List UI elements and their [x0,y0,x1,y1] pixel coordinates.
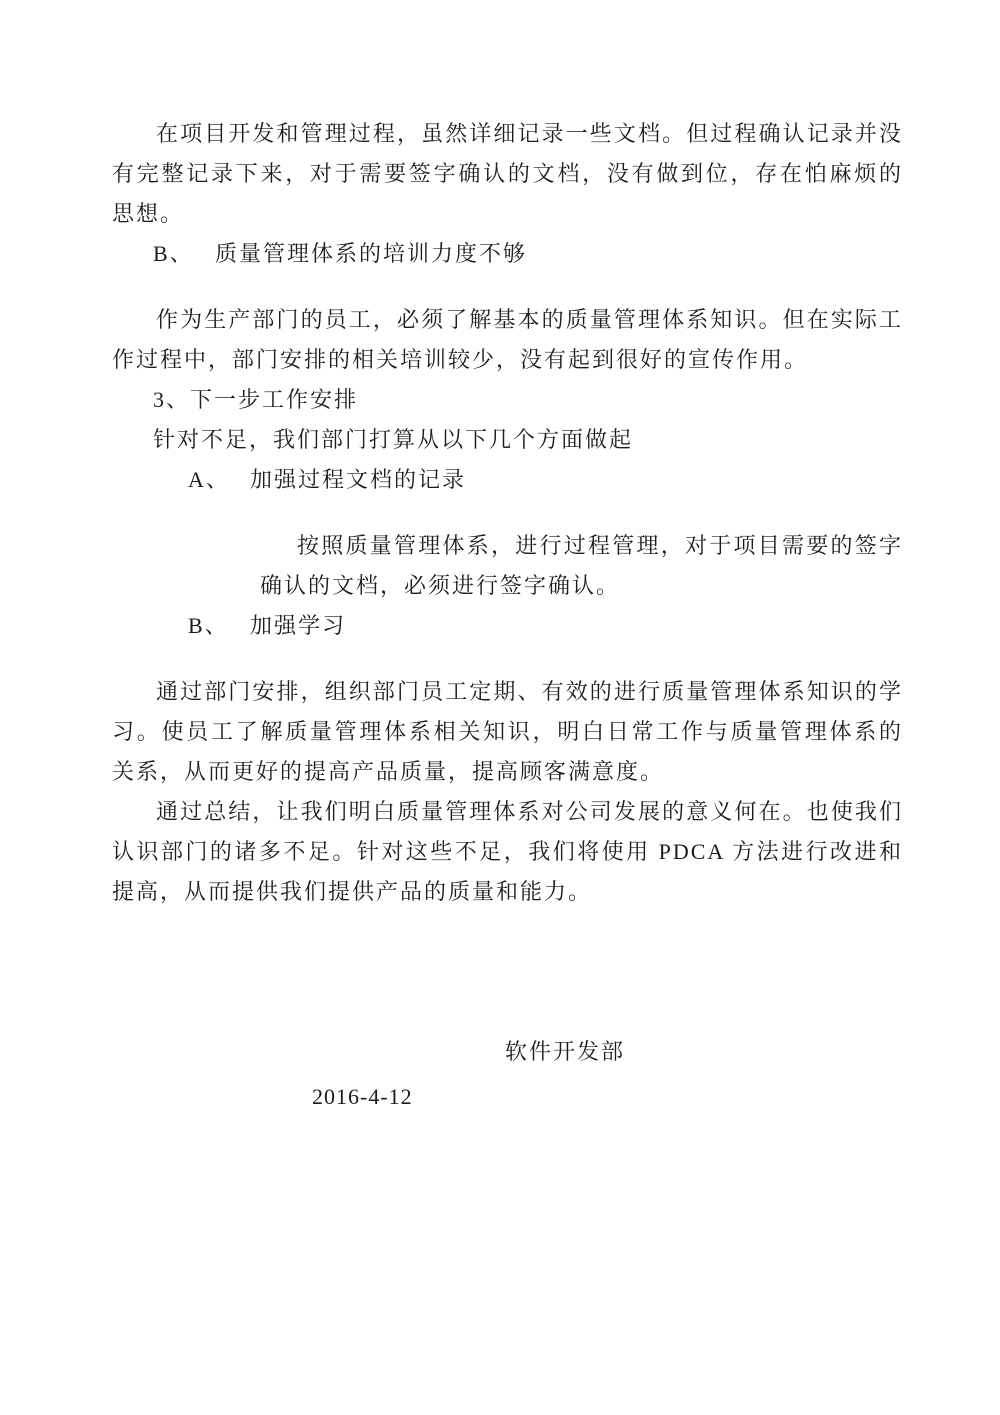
list-marker-b2: B、 [188,606,250,646]
heading-next-step: 3、下一步工作安排 [153,380,903,420]
paragraph-plan-intro: 针对不足，我们部门打算从以下几个方面做起 [153,420,903,460]
list-item-a-strengthen-records-label: 加强过程文档的记录 [250,467,466,492]
signature-date: 2016-4-12 [312,1077,903,1117]
list-item-b-strengthen-learning: B、加强学习 [188,606,903,646]
paragraph-summary-pdca: 通过总结，让我们明白质量管理体系对公司发展的意义何在。也使我们认识部门的诸多不足… [112,792,903,912]
paragraph-learning-detail: 通过部门安排，组织部门员工定期、有效的进行质量管理体系知识的学习。使员工了解质量… [112,672,903,792]
list-marker-b: B、 [153,234,215,274]
paragraph-sign-confirm: 按照质量管理体系，进行过程管理，对于项目需要的签字确认的文档，必须进行签字确认。 [260,526,903,606]
list-item-a-strengthen-records: A、加强过程文档的记录 [188,460,903,500]
signature-block: 软件开发部 2016-4-12 [112,1032,903,1117]
list-item-b-training-label: 质量管理体系的培训力度不够 [215,241,527,266]
signature-department: 软件开发部 [505,1032,903,1072]
list-marker-a: A、 [188,460,250,500]
paragraph-training-detail: 作为生产部门的员工，必须了解基本的质量管理体系知识。但在实际工作过程中，部门安排… [112,300,903,380]
paragraph-process-records: 在项目开发和管理过程，虽然详细记录一些文档。但过程确认记录并没有完整记录下来，对… [112,114,903,234]
list-item-b-training: B、质量管理体系的培训力度不够 [153,234,903,274]
list-item-b-strengthen-learning-label: 加强学习 [250,613,346,638]
document-page: 在项目开发和管理过程，虽然详细记录一些文档。但过程确认记录并没有完整记录下来，对… [0,0,1000,1415]
